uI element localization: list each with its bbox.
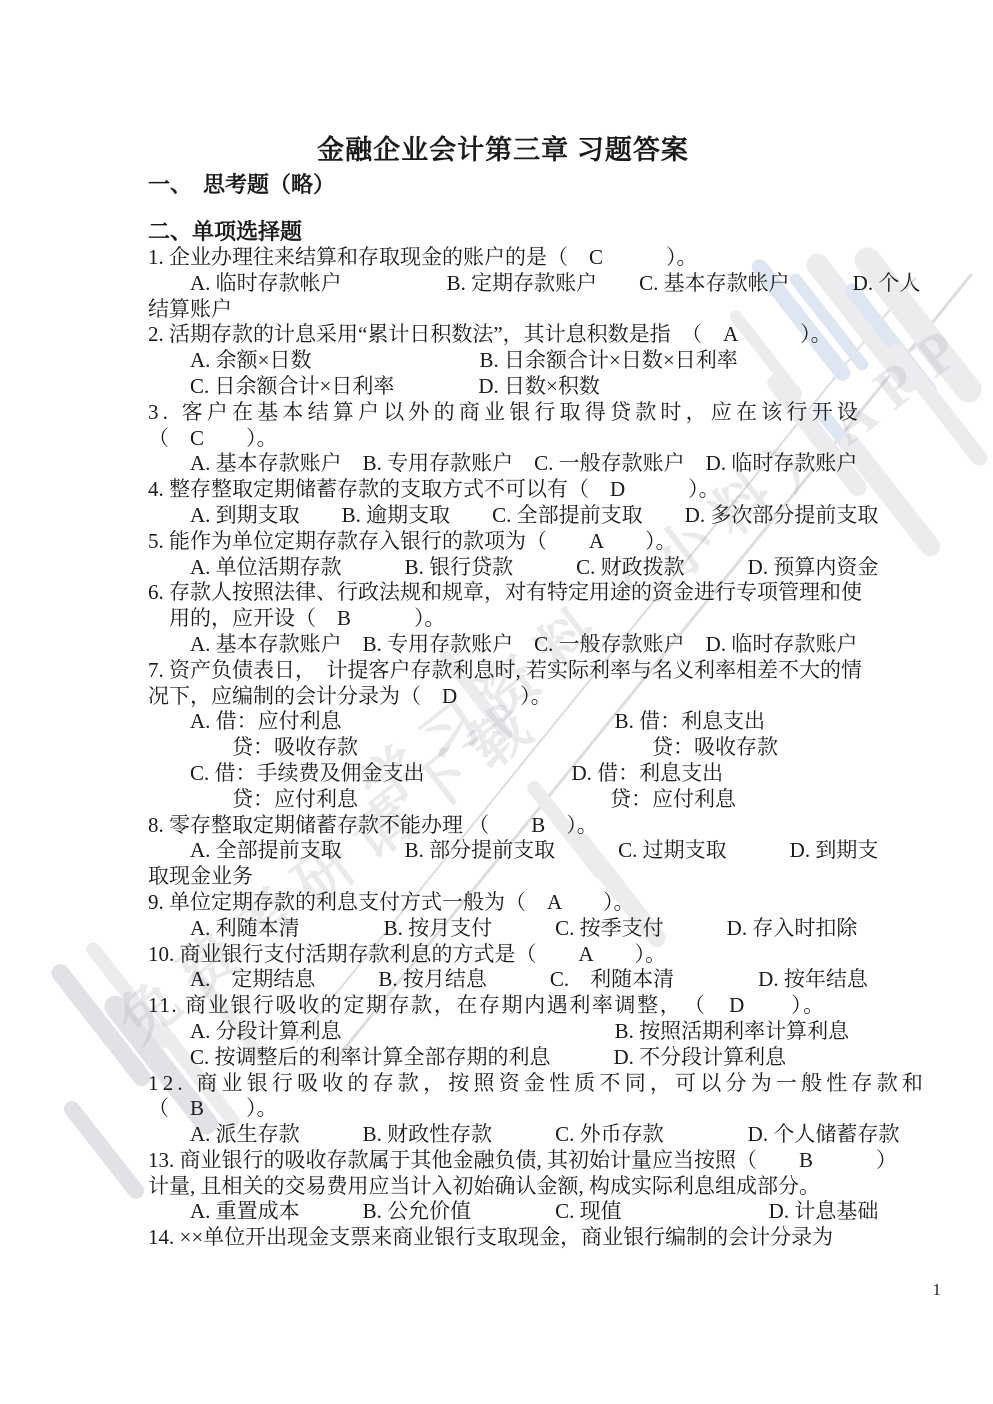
text-line: 4. 整存整取定期储蓄存款的支取方式不可以有（ D ）。 [148, 477, 864, 503]
text-line: A. 利随本清 B. 按月支付 C. 按季支付 D. 存入时扣除 [148, 916, 864, 942]
text-line: 1. 企业办理往来结算和存取现金的账户的是（ C ）。 [148, 245, 864, 271]
text-line: 3. 客户在基本结算户以外的商业银行取得贷款时，应在该行开设 [148, 400, 864, 426]
document-content: 金融企业会计第三章 习题答案 一、 思考题（略）二、单项选择题1. 企业办理往来… [0, 0, 993, 1404]
text-line: 11. 商业银行吸收的定期存款，在存期内遇利率调整， （ D ）。 [148, 993, 864, 1019]
text-line: 况下，应编制的会计分录为（ D ）。 [148, 684, 864, 710]
text-line: 用的，应开设（ B ）。 [148, 606, 864, 632]
text-line: 贷：吸收存款 贷：吸收存款 [148, 735, 864, 761]
text-line: 13. 商业银行的吸收存款属于其他金融负债, 其初始计量应当按照（ B ） [148, 1148, 864, 1174]
text-line: A. 余额×日数 B. 日余额合计×日数×日利率 [148, 348, 864, 374]
page-number: 1 [933, 1280, 942, 1300]
text-line: 贷：应付利息 贷：应付利息 [148, 787, 864, 813]
text-line [148, 198, 864, 219]
text-line: A. 基本存款账户 B. 专用存款账户 C. 一般存款账户 D. 临时存款账户 [148, 632, 864, 658]
text-line: A. 重置成本 B. 公允价值 C. 现值 D. 计息基础 [148, 1199, 864, 1225]
text-line: 5. 能作为单位定期存款存入银行的款项为（ A ）。 [148, 529, 864, 555]
text-line: C. 日余额合计×日利率 D. 日数×积数 [148, 374, 864, 400]
text-line: A. 到期支取 B. 逾期支取 C. 全部提前支取 D. 多次部分提前支取 [148, 503, 864, 529]
text-line: A. 临时存款帐户 B. 定期存款账户 C. 基本存款帐户 D. 个人 [148, 271, 864, 297]
text-line: A. 定期结息 B. 按月结息 C. 利随本清 D. 按年结息 [148, 967, 864, 993]
text-line: A. 派生存款 B. 财政性存款 C. 外币存款 D. 个人储蓄存款 [148, 1122, 864, 1148]
text-line: 10. 商业银行支付活期存款利息的方式是（ A ）。 [148, 942, 864, 968]
text-line: A. 单位活期存款 B. 银行贷款 C. 财政拨款 D. 预算内资金 [148, 555, 864, 581]
page-title: 金融企业会计第三章 习题答案 [148, 128, 858, 167]
text-line: 7. 资产负债表日， 计提客户存款利息时, 若实际利率与名义利率相差不大的情 [148, 658, 864, 684]
document-page: 学习资料（小料）APP 免费考研请下载 金融企业会计第三章 习题答案 一、 思考… [0, 0, 993, 1404]
text-line: 8. 零存整取定期储蓄存款不能办理 （ B ）。 [148, 813, 864, 839]
text-line: A. 全部提前支取 B. 部分提前支取 C. 过期支取 D. 到期支 [148, 838, 864, 864]
text-line: 结算账户 [148, 297, 864, 323]
text-line: （ C ）。 [148, 426, 864, 452]
text-line: A. 分段计算利息 B. 按照活期利率计算利息 [148, 1019, 864, 1045]
text-line: A. 借：应付利息 B. 借：利息支出 [148, 709, 864, 735]
text-line: 14. ××单位开出现金支票来商业银行支取现金，商业银行编制的会计分录为 [148, 1225, 864, 1251]
text-line: 12. 商业银行吸收的存款，按照资金性质不同，可以分为一般性存款和 [148, 1071, 864, 1097]
text-line: 计量, 且相关的交易费用应当计入初始确认金额, 构成实际利息组成部分。 [148, 1174, 864, 1200]
text-line: 取现金业务 [148, 864, 864, 890]
text-line: 9. 单位定期存款的利息支付方式一般为（ A ）。 [148, 890, 864, 916]
text-line: A. 基本存款账户 B. 专用存款账户 C. 一般存款账户 D. 临时存款账户 [148, 451, 864, 477]
text-line: （ B ）。 [148, 1096, 864, 1122]
document-body: 一、 思考题（略）二、单项选择题1. 企业办理往来结算和存取现金的账户的是（ C… [148, 172, 864, 1251]
text-line: C. 按调整后的利率计算全部存期的利息 D. 不分段计算利息 [148, 1045, 864, 1071]
text-line: 2. 活期存款的计息采用“累计日积数法”，其计息积数是指 （ A ）。 [148, 322, 864, 348]
text-line: 二、单项选择题 [148, 219, 864, 245]
text-line: 一、 思考题（略） [148, 172, 864, 198]
text-line: 6. 存款人按照法律、行政法规和规章，对有特定用途的资金进行专项管理和使 [148, 580, 864, 606]
text-line: C. 借：手续费及佣金支出 D. 借：利息支出 [148, 761, 864, 787]
